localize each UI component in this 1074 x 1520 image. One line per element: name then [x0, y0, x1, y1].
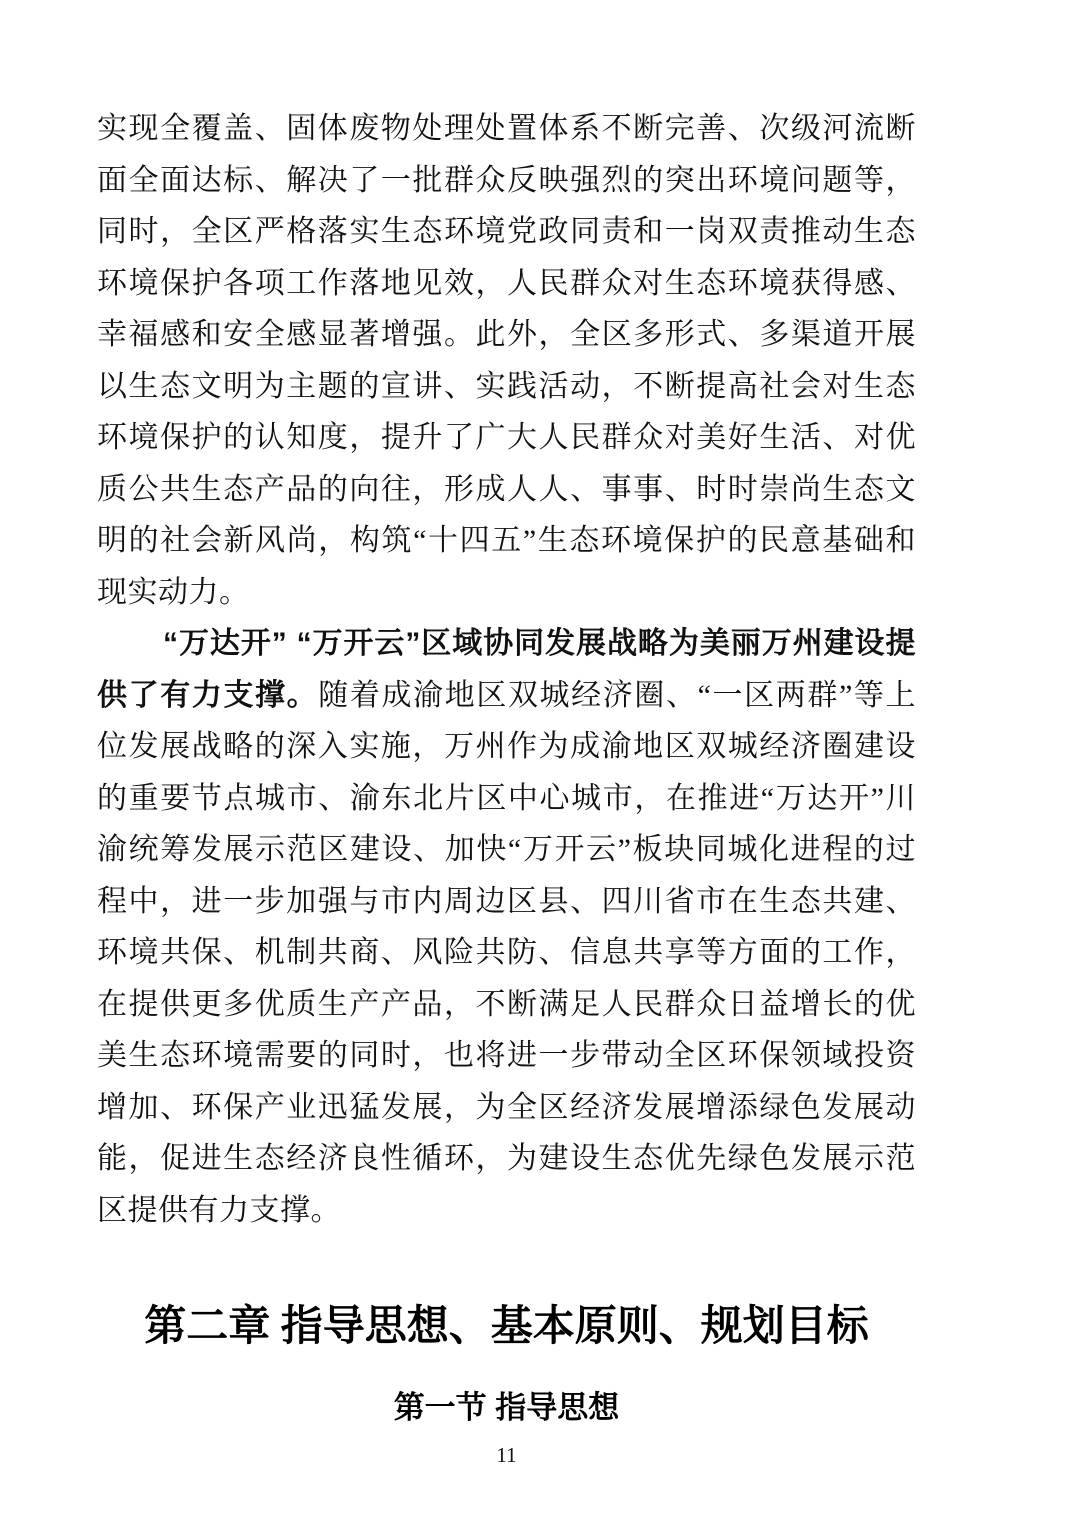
paragraph-1-text: 实现全覆盖、固体废物处理处置体系不断完善、次级河流断面全面达标、解决了一批群众反… [97, 112, 916, 609]
chapter-heading: 第二章 指导思想、基本原则、规划目标 [97, 1302, 916, 1352]
document-page: 实现全覆盖、固体废物处理处置体系不断完善、次级河流断面全面达标、解决了一批群众反… [0, 0, 1074, 1520]
paragraph-continuation: 实现全覆盖、固体废物处理处置体系不断完善、次级河流断面全面达标、解决了一批群众反… [97, 103, 916, 618]
body-text: 实现全覆盖、固体废物处理处置体系不断完善、次级河流断面全面达标、解决了一批群众反… [97, 103, 916, 1236]
section-heading: 第一节 指导思想 [97, 1389, 916, 1426]
paragraph-strategy: “万达开” “万开云”区域协同发展战略为美丽万州建设提供了有力支撑。随着成渝地区… [97, 618, 916, 1236]
paragraph-2-text: 随着成渝地区双城经济圈、“一区两群”等上位发展战略的深入实施，万州作为成渝地区双… [97, 679, 916, 1227]
page-number: 11 [97, 1443, 916, 1467]
